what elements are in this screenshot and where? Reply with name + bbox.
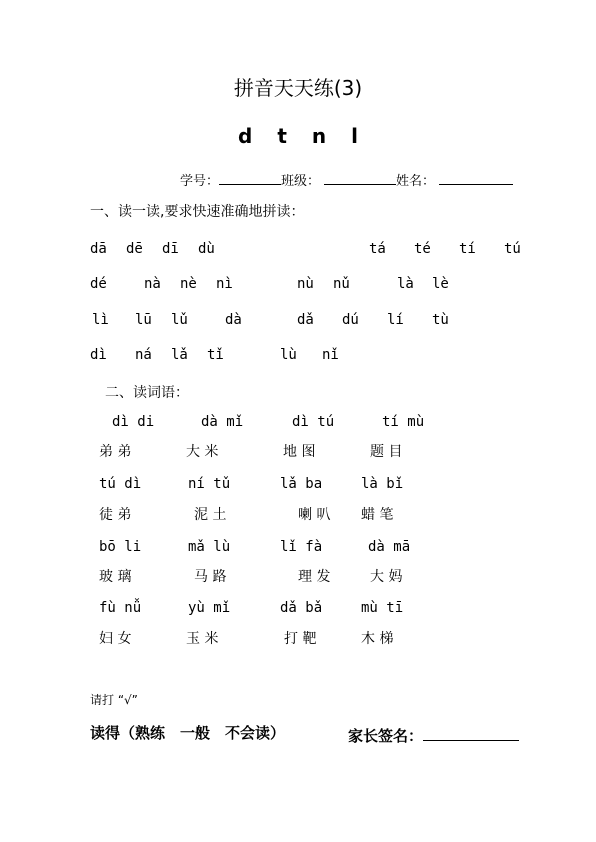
word-hanzi: 玉 米	[186, 632, 218, 646]
syllable: ná	[135, 348, 152, 362]
initial-n: n	[312, 126, 326, 146]
student-info-row: 学号：班级：姓名：	[180, 172, 513, 188]
reading-level-options[interactable]: 读得（熟练 一般 不会读）	[90, 726, 285, 741]
syllable: nì	[216, 277, 233, 291]
parent-signature-row: 家长签名：	[348, 726, 519, 744]
syllable: lū	[135, 313, 152, 327]
word-hanzi: 马 路	[194, 570, 226, 584]
word-pinyin: tí mù	[382, 415, 424, 429]
word-hanzi: 大 妈	[370, 570, 402, 584]
word-pinyin: dà mā	[368, 540, 410, 554]
syllable: lè	[432, 277, 449, 291]
word-hanzi: 木 梯	[361, 632, 393, 646]
class-label: 班级：	[281, 174, 320, 189]
syllable: tù	[432, 313, 449, 327]
word-pinyin: là bǐ	[361, 477, 403, 491]
syllable: dù	[198, 242, 215, 256]
word-hanzi: 蜡 笔	[361, 508, 393, 522]
initial-l: l	[351, 126, 358, 146]
syllable: tá	[369, 242, 386, 256]
word-pinyin: fù nǚ	[99, 601, 141, 615]
section2-heading: 二、读词语：	[105, 386, 189, 400]
syllable: nè	[180, 277, 197, 291]
name-label: 姓名：	[396, 174, 435, 189]
word-pinyin: dì tú	[292, 415, 334, 429]
syllable: dī	[162, 242, 179, 256]
parent-signature-label: 家长签名：	[348, 727, 423, 745]
word-pinyin: lǐ fà	[280, 540, 322, 554]
page-title: 拼音天天练(3)	[0, 78, 596, 98]
word-pinyin: mǎ lù	[188, 540, 230, 554]
word-pinyin: lǎ ba	[280, 477, 322, 491]
word-pinyin: bō li	[99, 540, 141, 554]
word-hanzi: 题 目	[370, 445, 402, 459]
syllable: tǐ	[207, 348, 224, 362]
initial-d: d	[238, 126, 252, 146]
word-pinyin: dì di	[112, 415, 154, 429]
word-pinyin: mù tī	[361, 601, 403, 615]
name-field[interactable]	[439, 172, 513, 185]
syllable: lì	[92, 313, 109, 327]
student-no-field[interactable]	[219, 172, 281, 185]
initials-heading: d t n l	[0, 126, 596, 146]
syllable: nù	[297, 277, 314, 291]
word-hanzi: 玻 璃	[99, 570, 131, 584]
syllable: lí	[387, 313, 404, 327]
word-hanzi: 徒 弟	[99, 508, 131, 522]
syllable: là	[397, 277, 414, 291]
word-pinyin: ní tǔ	[188, 477, 230, 491]
word-hanzi: 打 靶	[284, 632, 316, 646]
syllable: dì	[90, 348, 107, 362]
word-pinyin: yù mǐ	[188, 601, 230, 615]
parent-signature-field[interactable]	[423, 726, 519, 741]
syllable: nà	[144, 277, 161, 291]
word-pinyin: tú dì	[99, 477, 141, 491]
word-hanzi: 弟 弟	[99, 445, 131, 459]
syllable: nǔ	[333, 277, 350, 291]
initial-t: t	[277, 126, 287, 146]
syllable: dā	[90, 242, 107, 256]
section1-heading: 一、读一读,要求快速准确地拼读：	[90, 205, 304, 219]
word-hanzi: 喇 叭	[298, 508, 330, 522]
word-hanzi: 理 发	[298, 570, 330, 584]
syllable: lǎ	[171, 348, 188, 362]
syllable: tí	[459, 242, 476, 256]
syllable: dē	[126, 242, 143, 256]
word-hanzi: 大 米	[186, 445, 218, 459]
word-pinyin: dà mǐ	[201, 415, 243, 429]
check-instruction: 请打 “√”	[90, 694, 138, 706]
syllable: té	[414, 242, 431, 256]
word-hanzi: 泥 土	[194, 508, 226, 522]
syllable: dú	[342, 313, 359, 327]
word-hanzi: 妇 女	[99, 632, 131, 646]
syllable: lǔ	[171, 313, 188, 327]
syllable: dǎ	[297, 313, 314, 327]
syllable: lù	[280, 348, 297, 362]
student-no-label: 学号：	[180, 174, 219, 189]
syllable: nǐ	[322, 348, 339, 362]
word-pinyin: dǎ bǎ	[280, 601, 322, 615]
syllable: dà	[225, 313, 242, 327]
class-field[interactable]	[324, 172, 396, 185]
syllable: tú	[504, 242, 521, 256]
word-hanzi: 地 图	[283, 445, 315, 459]
syllable: dé	[90, 277, 107, 291]
